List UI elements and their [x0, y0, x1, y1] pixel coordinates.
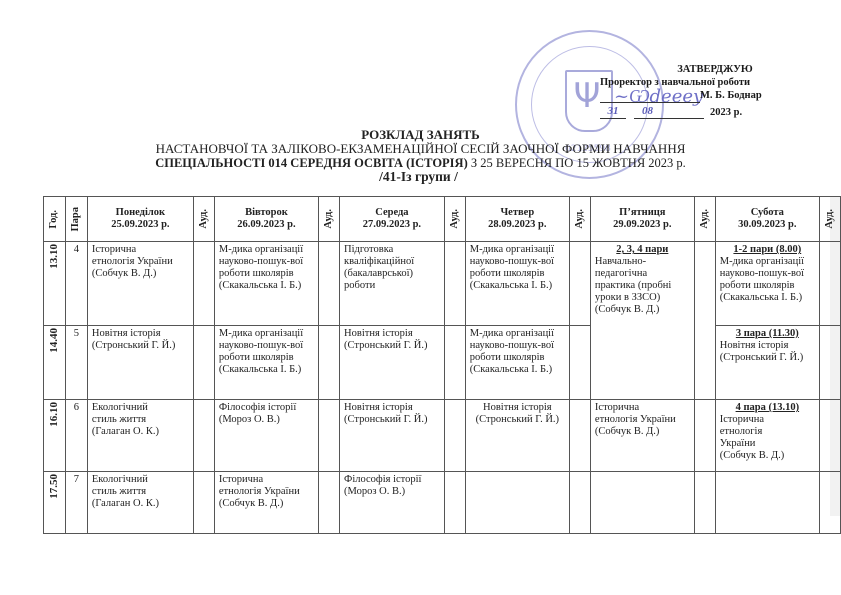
lesson-cell: 1-2 пари (8.00) М-дика організаціїнауков… — [715, 242, 819, 326]
schedule-table: Год. Пара Понеділок25.09.2023 р. Ауд. Ві… — [43, 196, 841, 534]
lesson-cell: Новітня історія(Стронський Г. Й.) — [340, 400, 445, 472]
lesson-text-line: (Галаган О. К.) — [92, 498, 189, 510]
aud-header: Ауд. — [694, 197, 715, 242]
aud-cell — [569, 326, 590, 400]
col-pair-header: Пара — [65, 197, 87, 242]
lesson-cell — [715, 472, 819, 534]
lesson-text-line: М-дика організації — [720, 256, 815, 268]
lesson-text-line: (Скакальська І. Б.) — [219, 280, 314, 292]
aud-cell — [444, 472, 465, 534]
pair-range-label: 2, 3, 4 пари — [595, 244, 690, 256]
lesson-text-line: України — [720, 438, 815, 450]
lesson-cell: Філософія історії(Мороз О. В.) — [214, 400, 318, 472]
lesson-cell: Історичнаетнологія України(Собчук В. Д.) — [590, 400, 694, 472]
approval-year: 2023 р. — [710, 107, 742, 120]
lesson-text-line: роботи школярів — [219, 352, 314, 364]
table-row: 17.50 7 Екологічнийстиль життя(Галаган О… — [44, 472, 841, 534]
lesson-cell: Екологічнийстиль життя(Галаган О. К.) — [87, 472, 193, 534]
pair-time-label: 3 пара (11.30) — [720, 328, 815, 340]
aud-cell — [569, 242, 590, 326]
lesson-text-line: Історична — [92, 244, 189, 256]
group-label: /41-Із групи / — [0, 170, 841, 184]
lesson-text-line: (Стронський Г. Й.) — [344, 340, 440, 352]
aud-cell — [319, 326, 340, 400]
day-header-tue: Вівторок26.09.2023 р. — [214, 197, 318, 242]
pair-number: 5 — [65, 326, 87, 400]
lesson-text-line: (Стронський Г. Й.) — [344, 414, 440, 426]
pair-number: 4 — [65, 242, 87, 326]
aud-cell — [819, 472, 840, 534]
aud-cell — [319, 472, 340, 534]
lesson-text-line: етнологія України — [92, 256, 189, 268]
lesson-text-line: стиль життя — [92, 414, 189, 426]
time-cell: 13.10 — [44, 242, 66, 326]
table-header-row: Год. Пара Понеділок25.09.2023 р. Ауд. Ві… — [44, 197, 841, 242]
aud-cell — [193, 400, 214, 472]
lesson-text-line: етнологія України — [595, 414, 690, 426]
day-header-thu: Четвер28.09.2023 р. — [465, 197, 569, 242]
lesson-cell: Новітня історія(Стронський Г. Й.) — [465, 400, 569, 472]
time-cell: 16.10 — [44, 400, 66, 472]
lesson-text-line: Екологічний — [92, 474, 189, 486]
lesson-text-line: (Галаган О. К.) — [92, 426, 189, 438]
lesson-text-line: (Скакальська І. Б.) — [470, 364, 565, 376]
lesson-text-line: (Собчук В. Д.) — [720, 450, 815, 462]
period: З 25 ВЕРЕСНЯ ПО 15 ЖОВТНЯ 2023 р. — [468, 156, 686, 170]
aud-cell — [319, 242, 340, 326]
lesson-text-line: кваліфікаційної — [344, 256, 440, 268]
approval-day: 31 — [608, 105, 619, 117]
lesson-text-line: науково-пошук-вої — [470, 340, 565, 352]
lesson-text-line: (бакалаврської) — [344, 268, 440, 280]
table-row: 14.40 5 Новітня історія(Стронський Г. Й.… — [44, 326, 841, 400]
page-title: РОЗКЛАД ЗАНЯТЬ — [0, 128, 841, 142]
approval-title: ЗАТВЕРДЖУЮ — [600, 64, 800, 77]
lesson-text-line: (Стронський Г. Й.) — [720, 352, 815, 364]
lesson-text-line: Філософія історії — [344, 474, 440, 486]
aud-header: Ауд. — [193, 197, 214, 242]
col-time-header: Год. — [44, 197, 66, 242]
lesson-cell: Екологічнийстиль життя(Галаган О. К.) — [87, 400, 193, 472]
lesson-cell: М-дика організаціїнауково-пошук-воїробот… — [465, 326, 569, 400]
lesson-cell: М-дика організаціїнауково-пошук-воїробот… — [214, 326, 318, 400]
lesson-text-line: Екологічний — [92, 402, 189, 414]
approval-month: 08 — [642, 105, 653, 117]
document-header: РОЗКЛАД ЗАНЯТЬ НАСТАНОВЧОЇ ТА ЗАЛІКОВО-Е… — [0, 128, 841, 184]
aud-cell — [694, 472, 715, 534]
aud-cell — [319, 400, 340, 472]
lesson-text-line: (Мороз О. В.) — [344, 486, 440, 498]
aud-cell — [444, 400, 465, 472]
day-header-fri: П’ятниця29.09.2023 р. — [590, 197, 694, 242]
lesson-text-line: (Скакальська І. Б.) — [720, 292, 815, 304]
lesson-text-line: М-дика організації — [219, 328, 314, 340]
lesson-text-line: Історична — [595, 402, 690, 414]
aud-header: Ауд. — [819, 197, 840, 242]
lesson-text-line: практика (пробні — [595, 280, 690, 292]
lesson-text-line: (Скакальська І. Б.) — [470, 280, 565, 292]
pair-time-label: 4 пара (13.10) — [720, 402, 815, 414]
aud-cell — [193, 242, 214, 326]
lesson-text-line: стиль життя — [92, 486, 189, 498]
lesson-text-line: педагогічна — [595, 268, 690, 280]
day-header-wed: Середа27.09.2023 р. — [340, 197, 445, 242]
lesson-text-line: Новітня історія — [720, 340, 815, 352]
lesson-cell — [465, 472, 569, 534]
lesson-text-line: роботи — [344, 280, 440, 292]
lesson-text-line: М-дика організації — [219, 244, 314, 256]
lesson-cell: М-дика організаціїнауково-пошук-воїробот… — [465, 242, 569, 326]
lesson-text-line: Історична — [720, 414, 815, 426]
lesson-cell: Історичнаетнологія України(Собчук В. Д.) — [214, 472, 318, 534]
aud-cell — [694, 242, 715, 400]
lesson-text-line: (Собчук В. Д.) — [92, 268, 189, 280]
lesson-text-line: (Стронський Г. Й.) — [92, 340, 189, 352]
day-header-sat: Субота30.09.2023 р. — [715, 197, 819, 242]
aud-cell — [694, 400, 715, 472]
lesson-text-line: (Скакальська І. Б.) — [219, 364, 314, 376]
lesson-cell: Філософія історії(Мороз О. В.) — [340, 472, 445, 534]
lesson-text-line: (Мороз О. В.) — [219, 414, 314, 426]
time-cell: 14.40 — [44, 326, 66, 400]
specialty: СПЕЦІАЛЬНОСТІ 014 СЕРЕДНЯ ОСВІТА (ІСТОРІ… — [155, 156, 468, 170]
lesson-cell: Новітня історія(Стронський Г. Й.) — [340, 326, 445, 400]
aud-cell — [444, 326, 465, 400]
aud-cell — [569, 400, 590, 472]
approval-position: Проректор з навчальної роботи — [600, 77, 800, 90]
lesson-text-line: Новітня історія — [344, 328, 440, 340]
lesson-text-line: науково-пошук-вої — [470, 256, 565, 268]
specialty-line: СПЕЦІАЛЬНОСТІ 014 СЕРЕДНЯ ОСВІТА (ІСТОРІ… — [0, 156, 841, 170]
session-subtitle: НАСТАНОВЧОЇ ТА ЗАЛІКОВО-ЕКЗАМЕНАЦІЙНОЇ С… — [0, 142, 841, 156]
lesson-cell — [590, 472, 694, 534]
lesson-text-line: науково-пошук-вої — [720, 268, 815, 280]
lesson-text-line: М-дика організації — [470, 328, 565, 340]
lesson-text-line: (Собчук В. Д.) — [219, 498, 314, 510]
lesson-text-line: роботи школярів — [470, 352, 565, 364]
pair-number: 7 — [65, 472, 87, 534]
lesson-text-line: (Собчук В. Д.) — [595, 426, 690, 438]
approval-signer: М. Б. Боднар — [700, 90, 762, 103]
lesson-text-line: Підготовка — [344, 244, 440, 256]
lesson-text-line: М-дика організації — [470, 244, 565, 256]
lesson-text-line: науково-пошук-вої — [219, 340, 314, 352]
lesson-text-line: (Стронський Г. Й.) — [470, 414, 565, 426]
lesson-text-line: науково-пошук-вої — [219, 256, 314, 268]
lesson-text-line: етнологія України — [219, 486, 314, 498]
lesson-text-line: Новітня історія — [344, 402, 440, 414]
aud-cell — [819, 242, 840, 326]
pair-time-label: 1-2 пари (8.00) — [720, 244, 815, 256]
aud-cell — [569, 472, 590, 534]
table-row: 16.10 6 Екологічнийстиль життя(Галаган О… — [44, 400, 841, 472]
lesson-cell-practice: 2, 3, 4 пари Навчально-педагогічнапракти… — [590, 242, 694, 400]
lesson-text-line: Новітня історія — [470, 402, 565, 414]
lesson-text-line: етнологія — [720, 426, 815, 438]
lesson-text-line: Історична — [219, 474, 314, 486]
lesson-text-line: Філософія історії — [219, 402, 314, 414]
aud-cell — [819, 326, 840, 400]
lesson-cell: Новітня історія(Стронський Г. Й.) — [87, 326, 193, 400]
aud-cell — [444, 242, 465, 326]
aud-header: Ауд. — [444, 197, 465, 242]
pair-number: 6 — [65, 400, 87, 472]
approval-block: ЗАТВЕРДЖУЮ Проректор з навчальної роботи… — [600, 64, 800, 119]
lesson-cell: Підготовкакваліфікаційної(бакалаврської)… — [340, 242, 445, 326]
lesson-cell: 3 пара (11.30) Новітня історія(Стронськи… — [715, 326, 819, 400]
aud-header: Ауд. — [569, 197, 590, 242]
lesson-text-line: Новітня історія — [92, 328, 189, 340]
aud-cell — [819, 400, 840, 472]
lesson-cell: Історичнаетнологія України(Собчук В. Д.) — [87, 242, 193, 326]
lesson-text-line: (Собчук В. Д.) — [595, 304, 690, 316]
lesson-text-line: роботи школярів — [720, 280, 815, 292]
time-cell: 17.50 — [44, 472, 66, 534]
lesson-text-line: роботи школярів — [219, 268, 314, 280]
table-row: 13.10 4 Історичнаетнологія України(Собчу… — [44, 242, 841, 326]
aud-header: Ауд. — [319, 197, 340, 242]
lesson-cell: 4 пара (13.10) ІсторичнаетнологіяУкраїни… — [715, 400, 819, 472]
lesson-text-line: Навчально- — [595, 256, 690, 268]
lesson-text-line: роботи школярів — [470, 268, 565, 280]
lesson-text-line: уроки в ЗЗСО) — [595, 292, 690, 304]
aud-cell — [193, 472, 214, 534]
lesson-cell: М-дика організаціїнауково-пошук-воїробот… — [214, 242, 318, 326]
aud-cell — [193, 326, 214, 400]
day-header-mon: Понеділок25.09.2023 р. — [87, 197, 193, 242]
